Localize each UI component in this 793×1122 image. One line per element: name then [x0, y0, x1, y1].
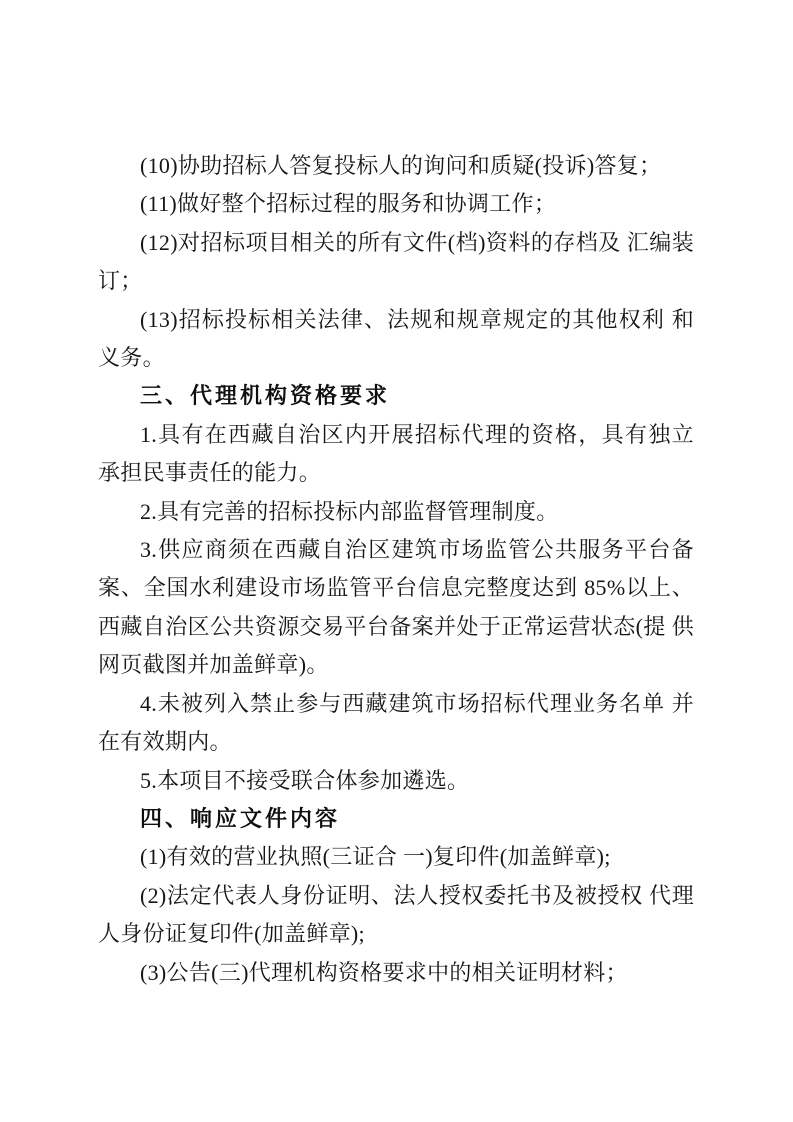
qualification-item-2: 2.具有完善的招标投标内部监督管理制度。 [98, 493, 694, 531]
section-heading-response-document-content: 四、响应文件内容 [98, 800, 694, 838]
paragraph-item-11: (11)做好整个招标过程的服务和协调工作； [98, 185, 694, 223]
response-doc-item-2: (2)法定代表人身份证明、法人授权委托书及被授权 代理人身份证复印件(加盖鲜章)… [98, 877, 694, 954]
document-page: (10)协助招标人答复投标人的询问和质疑(投诉)答复； (11)做好整个招标过程… [0, 0, 793, 1122]
text-block: (10)协助招标人答复投标人的询问和质疑(投诉)答复； (11)做好整个招标过程… [98, 147, 694, 992]
response-doc-item-1: (1)有效的营业执照(三证合 一)复印件(加盖鲜章); [98, 838, 694, 876]
paragraph-item-12: (12)对招标项目相关的所有文件(档)资料的存档及 汇编装订； [98, 224, 694, 301]
qualification-item-3: 3.供应商须在西藏自治区建筑市场监管公共服务平台备案、全国水利建设市场监管平台信… [98, 531, 694, 685]
qualification-item-4: 4.未被列入禁止参与西藏建筑市场招标代理业务名单 并在有效期内。 [98, 685, 694, 762]
paragraph-item-10: (10)协助招标人答复投标人的询问和质疑(投诉)答复； [98, 147, 694, 185]
response-doc-item-3: (3)公告(三)代理机构资格要求中的相关证明材料； [98, 954, 694, 992]
paragraph-item-13: (13)招标投标相关法律、法规和规章规定的其他权利 和义务。 [98, 301, 694, 378]
qualification-item-5: 5.本项目不接受联合体参加遴选。 [98, 762, 694, 800]
section-heading-agency-qualifications: 三、代理机构资格要求 [98, 377, 694, 415]
qualification-item-1: 1.具有在西藏自治区内开展招标代理的资格，具有独立 承担民事责任的能力。 [98, 416, 694, 493]
